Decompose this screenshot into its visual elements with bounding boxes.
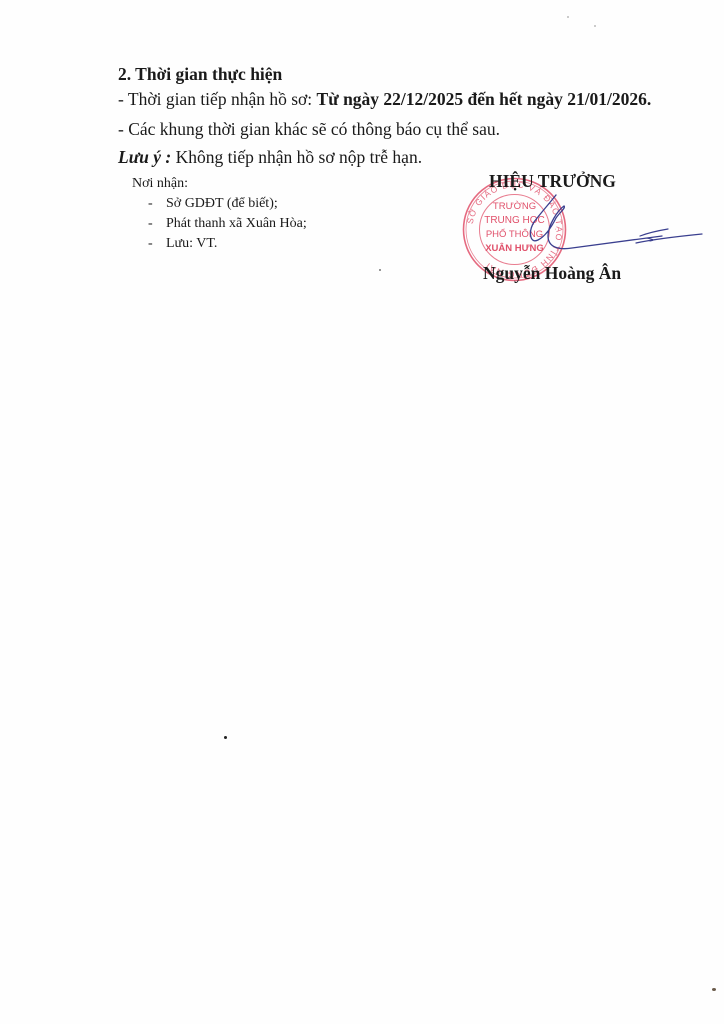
receiving-period-line: - Thời gian tiếp nhận hồ sơ: Từ ngày 22/… xyxy=(118,89,651,110)
recipients-title: Nơi nhận: xyxy=(132,176,307,192)
scan-speck xyxy=(224,736,227,739)
scan-speck xyxy=(379,269,381,271)
scan-speck xyxy=(712,988,716,991)
list-dash: - xyxy=(148,234,153,254)
signatory-title: HIỆU TRƯỞNG xyxy=(489,171,616,192)
seal-line: PHỔ THÔNG xyxy=(462,229,567,240)
recipient-item: - Lưu: VT. xyxy=(132,234,307,254)
recipient-text: Sở GDĐT (để biết); xyxy=(166,196,278,211)
receiving-period-label: - Thời gian tiếp nhận hồ sơ: xyxy=(118,89,317,109)
note-label: Lưu ý : xyxy=(118,147,171,167)
seal-line: TRUNG HỌC xyxy=(462,215,567,226)
recipient-item: - Phát thanh xã Xuân Hòa; xyxy=(132,214,307,234)
other-timeframes-line: - Các khung thời gian khác sẽ có thông b… xyxy=(118,119,500,140)
note-line: Lưu ý : Không tiếp nhận hồ sơ nộp trễ hạ… xyxy=(118,147,422,168)
recipient-item: - Sở GDĐT (để biết); xyxy=(132,194,307,214)
seal-line: XUÂN HƯNG xyxy=(462,243,567,254)
seal-line: TRƯỜNG xyxy=(462,201,567,212)
recipients-block: Nơi nhận: - Sở GDĐT (để biết); - Phát th… xyxy=(132,176,307,254)
scan-speck xyxy=(567,16,569,18)
recipient-text: Lưu: VT. xyxy=(166,236,217,251)
recipient-text: Phát thanh xã Xuân Hòa; xyxy=(166,216,307,231)
scan-speck xyxy=(594,25,596,27)
recipients-list: - Sở GDĐT (để biết); - Phát thanh xã Xuâ… xyxy=(132,194,307,254)
signatory-name: Nguyễn Hoàng Ân xyxy=(483,263,621,284)
list-dash: - xyxy=(148,194,153,214)
section-heading: 2. Thời gian thực hiện xyxy=(118,64,282,85)
list-dash: - xyxy=(148,214,153,234)
document-page: 2. Thời gian thực hiện - Thời gian tiếp … xyxy=(0,0,724,1024)
receiving-period-dates: Từ ngày 22/12/2025 đến hết ngày 21/01/20… xyxy=(317,89,652,109)
note-text: Không tiếp nhận hồ sơ nộp trễ hạn. xyxy=(171,147,422,167)
